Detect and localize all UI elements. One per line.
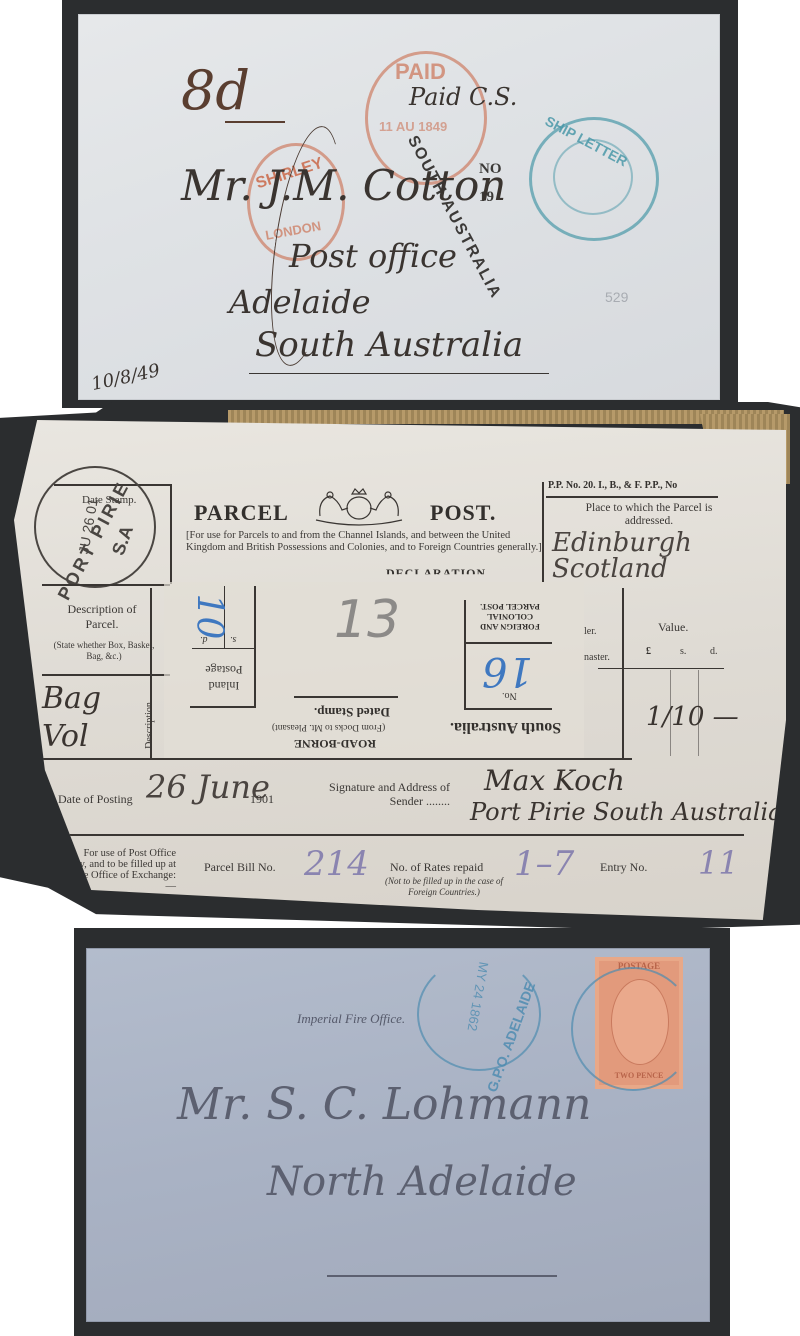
entry-value: 11 (698, 844, 739, 882)
dated-stamp-label: Dated Stamp. (314, 704, 390, 720)
foreign-box-bottom (464, 708, 552, 710)
declaration-heading: DECLARATION (386, 566, 486, 581)
place-label: Place to which the Parcel is addressed. (574, 502, 724, 528)
value-col-line (622, 588, 624, 758)
pencil-number: 529 (605, 289, 628, 305)
place-value: Edinburgh Scotland (552, 530, 752, 582)
rates-note: (Not to be filled up in the case of Fore… (378, 876, 510, 898)
description-label: Description of Parcel. (52, 602, 152, 632)
value-label: Value. (658, 620, 688, 635)
blue-no-value: 16 (482, 648, 533, 694)
label-rule-4 (192, 648, 256, 649)
label-rule-2 (190, 706, 256, 708)
envelope-lohmann: Imperial Fire Office. G.P.O. ADELAIDE MY… (86, 948, 710, 1322)
label-rule-1 (254, 586, 256, 708)
description-hint: (State whether Box, Basket, Bag, &c.) (48, 640, 160, 662)
rate-underline (225, 121, 285, 123)
partial-label-2: naster. (584, 652, 610, 663)
form-number-rule (546, 496, 718, 498)
sender-rule (44, 834, 744, 836)
burlap-strip-top (228, 410, 784, 424)
form-number: P.P. No. 20. I., B., & F. P.P., No (548, 480, 677, 491)
paid-postmark-date: 11 AU 1849 (379, 119, 447, 134)
description-value: Bag Vol (42, 680, 132, 756)
sender-address: Port Pirie South Australia (470, 798, 782, 826)
addressee-name: Mr. S. C. Lohmann (177, 1079, 592, 1130)
address-underline (249, 373, 549, 374)
partial-label-1: ler. (584, 626, 597, 637)
value-col-d: d. (710, 646, 718, 657)
rates-label: No. of Rates repaid (390, 860, 483, 875)
form-title-right: POST. (430, 500, 496, 526)
addressee-name: Mr. J.M. Cotton (181, 161, 506, 210)
description-bottom-rule (42, 758, 632, 760)
label-s-col: s. (230, 634, 236, 645)
entry-label: Entry No. (600, 860, 647, 875)
blue-postage-amount: 10 (188, 594, 229, 640)
description-top-rule (42, 584, 170, 586)
docket-date: 10/8/49 (90, 360, 162, 395)
road-borne-heading: ROAD-BORNE (294, 736, 376, 751)
value-col-pound: £ (646, 646, 651, 657)
south-australia-label: South Australia. (450, 718, 561, 736)
adelaide-postmark-2 (571, 967, 695, 1091)
pencil-amount: 13 (334, 590, 400, 650)
date-posting-year: 1901 (250, 792, 274, 807)
road-borne-note: (From Docks to Mt. Pleasant) (272, 722, 385, 732)
date-stamp-box-right (170, 484, 172, 584)
rates-value: 1–7 (514, 844, 574, 884)
sender-name: Max Koch (484, 764, 625, 797)
right-col-divider (542, 482, 544, 582)
form-subtitle: [For use for Parcels to and from the Cha… (186, 530, 546, 554)
bill-label: Parcel Bill No. (204, 860, 276, 875)
dated-stamp-rule (294, 696, 398, 698)
parcel-post-form: Date Stamp. PORT PIRIE S.A JU 26 01 PARC… (14, 420, 786, 920)
description-col-label: Description (144, 702, 155, 749)
address-flourish (327, 1275, 557, 1277)
address-line-2: North Adelaide (267, 1159, 577, 1205)
foreign-label: FOREIGN AND COLONIAL PARCEL POST. (472, 602, 548, 632)
foreign-box-left (464, 600, 466, 710)
form-title-left: PARCEL (194, 500, 289, 526)
value-col-s: s. (680, 646, 686, 657)
value-header-rule (598, 668, 724, 669)
sender-label: Signature and Address of Sender ........ (320, 780, 450, 808)
envelope-cotton: SHIRLEY LONDON PAID 11 AU 1849 SOUTH AUS… (78, 14, 720, 400)
foreign-box-mid (466, 642, 552, 644)
royal-crest-icon (310, 486, 408, 526)
inland-postage-label: Inland Postage (194, 662, 254, 694)
date-posting-label: Date of Posting (58, 792, 133, 807)
road-borne-label: Inland Postage s. d. ROAD-BORNE (From Do… (164, 582, 584, 758)
paid-manuscript: Paid C.S. (409, 83, 517, 111)
bill-value: 214 (304, 844, 369, 884)
value-amount: 1/10 — (646, 702, 739, 732)
rate-manuscript: 8d (181, 59, 250, 122)
printed-heading: Imperial Fire Office. (297, 1011, 405, 1027)
paid-postmark-text: PAID (395, 59, 446, 85)
